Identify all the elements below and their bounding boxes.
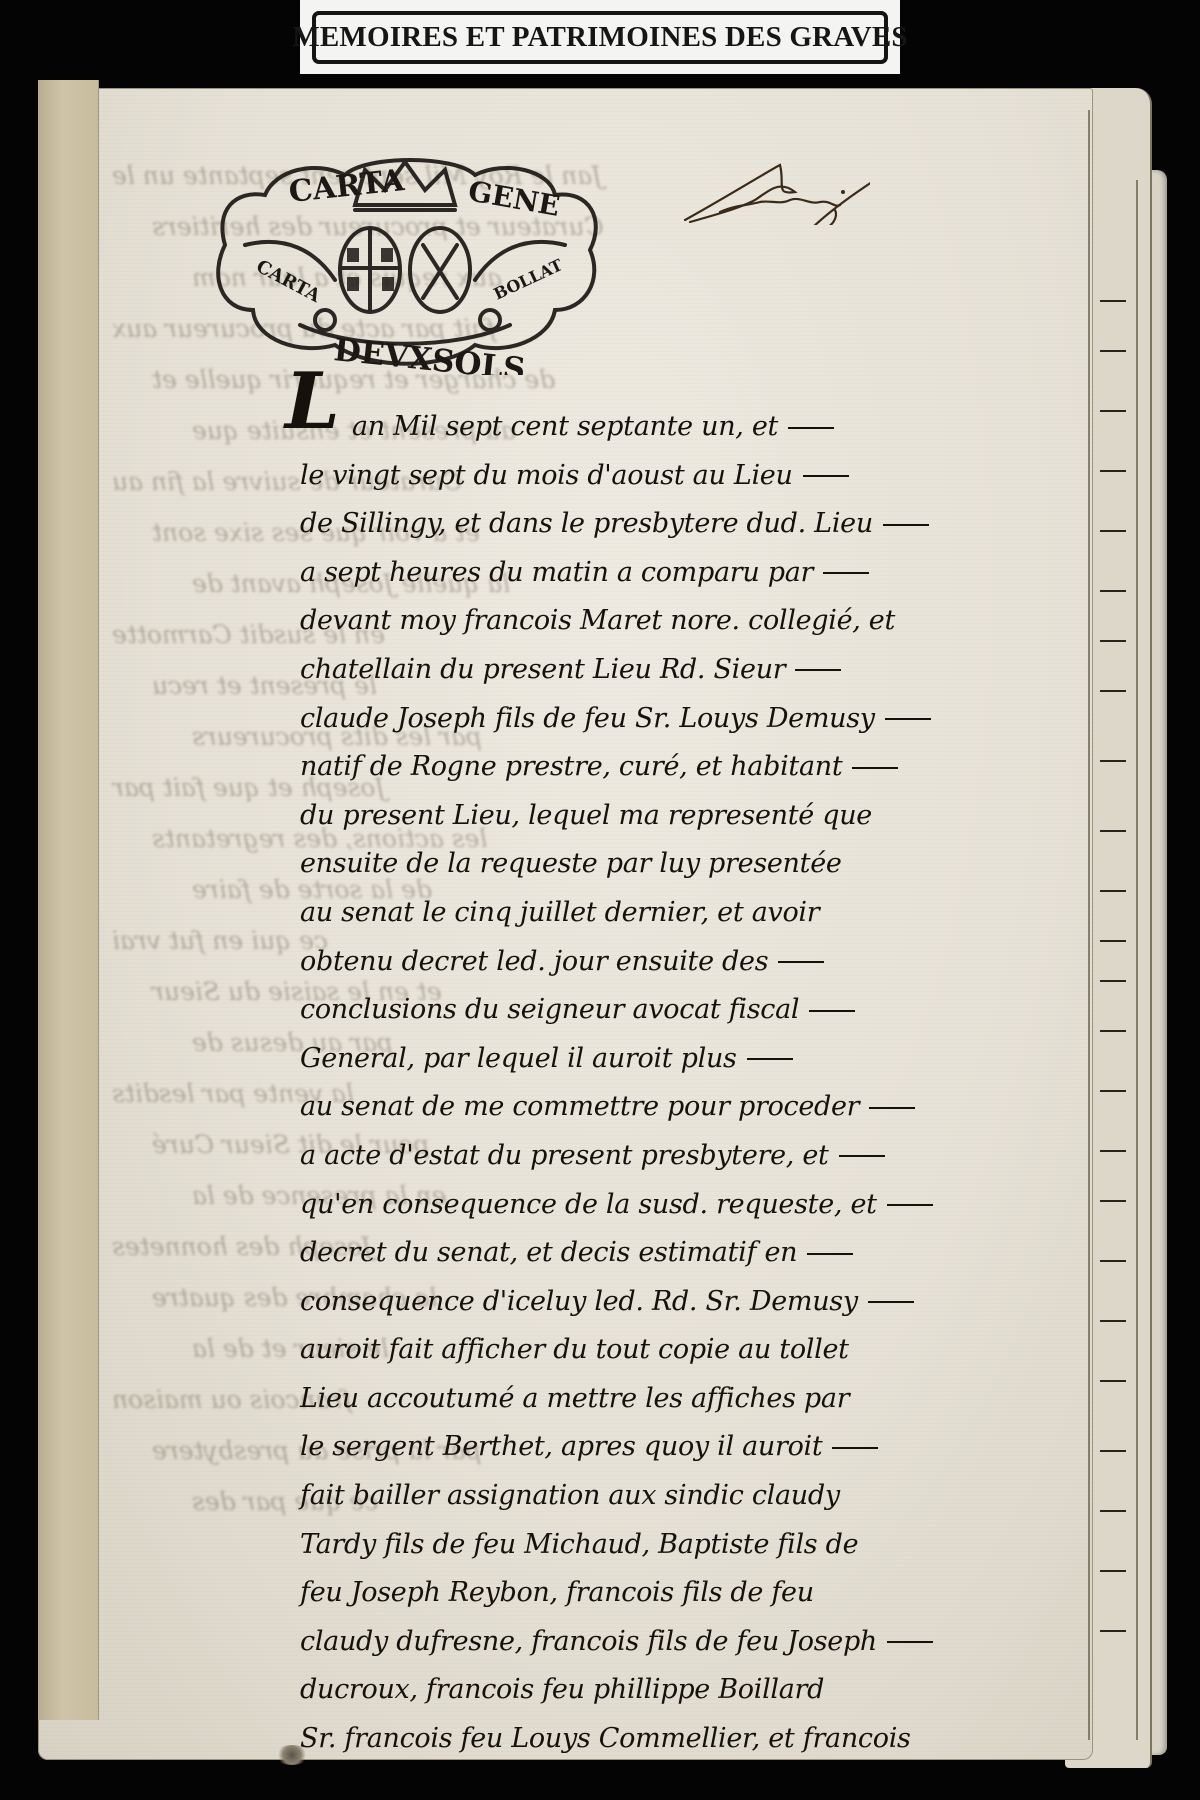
line-filler-dash <box>839 1155 885 1157</box>
manuscript-line-text: obtenu decret led. jour ensuite des <box>300 946 768 977</box>
manuscript-line-text: qu'en consequence de la susd. requeste, … <box>300 1189 877 1220</box>
manuscript-line: consequence d'iceluy led. Rd. Sr. Demusy <box>300 1278 1060 1327</box>
margin-tick <box>1100 1150 1126 1152</box>
margin-tick <box>1100 530 1126 532</box>
manuscript-line-text: conclusions du seigneur avocat fiscal <box>300 994 799 1025</box>
manuscript-line-text: consequence d'iceluy led. Rd. Sr. Demusy <box>300 1286 858 1317</box>
manuscript-line-text: auroit fait afficher du tout copie au to… <box>300 1334 849 1365</box>
manuscript-line: natif de Rogne prestre, curé, et habitan… <box>300 743 1060 792</box>
manuscript-text: Lan Mil sept cent septante un, etle ving… <box>300 403 1060 1764</box>
manuscript-line-text: ducroux, francois feu phillippe Boillard <box>300 1674 824 1705</box>
margin-tick <box>1100 1380 1126 1382</box>
manuscript-line-text: claude Joseph fils de feu Sr. Louys Demu… <box>300 703 875 734</box>
manuscript-line: au senat de me commettre pour proceder <box>300 1083 1060 1132</box>
line-filler-dash <box>823 572 869 574</box>
manuscript-line: chatellain du present Lieu Rd. Sieur <box>300 646 1060 695</box>
line-filler-dash <box>807 1253 853 1255</box>
manuscript-line-text: a acte d'estat du present presbytere, et <box>300 1140 829 1171</box>
manuscript-line: fait bailler assignation aux sindic clau… <box>300 1472 1060 1521</box>
manuscript-line: a acte d'estat du present presbytere, et <box>300 1132 1060 1181</box>
manuscript-line-text: au senat de me commettre pour proceder <box>300 1091 859 1122</box>
manuscript-line-text: an Mil sept cent septante un, et <box>352 411 778 442</box>
manuscript-line: le vingt sept du mois d'aoust au Lieu <box>300 452 1060 501</box>
manuscript-line-text: ensuite de la requeste par luy presentée <box>300 848 842 879</box>
drop-cap: L <box>285 363 340 441</box>
line-filler-dash <box>803 475 849 477</box>
manuscript-line: Sr. francois feu Louys Commellier, et fr… <box>300 1715 1060 1764</box>
manuscript-line-text: General, par lequel il auroit plus <box>300 1043 737 1074</box>
margin-tick <box>1100 1320 1126 1322</box>
line-filler-dash <box>788 427 834 429</box>
manuscript-line: le sergent Berthet, apres quoy il auroit <box>300 1423 1060 1472</box>
manuscript-line-text: a sept heures du matin a comparu par <box>300 557 813 588</box>
line-filler-dash <box>747 1058 793 1060</box>
manuscript-line: ensuite de la requeste par luy presentée <box>300 840 1060 889</box>
manuscript-line: conclusions du seigneur avocat fiscal <box>300 986 1060 1035</box>
margin-tick <box>1100 940 1126 942</box>
line-filler-dash <box>883 524 929 526</box>
line-filler-dash <box>778 961 824 963</box>
manuscript-line: Lan Mil sept cent septante un, et <box>300 403 1060 452</box>
margin-tick <box>1100 890 1126 892</box>
margin-tick <box>1100 1260 1126 1262</box>
signature-icon <box>660 150 870 225</box>
line-filler-dash <box>795 669 841 671</box>
manuscript-line-text: natif de Rogne prestre, curé, et habitan… <box>300 751 842 782</box>
manuscript-line-text: le vingt sept du mois d'aoust au Lieu <box>300 460 793 491</box>
manuscript-line-text: de Sillingy, et dans le presbytere dud. … <box>300 508 873 539</box>
margin-tick <box>1100 350 1126 352</box>
archive-label-text: MEMOIRES ET PATRIMOINES DES GRAVES <box>292 21 907 54</box>
manuscript-line: auroit fait afficher du tout copie au to… <box>300 1326 1060 1375</box>
line-filler-dash <box>809 1010 855 1012</box>
margin-tick <box>1100 410 1126 412</box>
margin-tick <box>1100 300 1126 302</box>
margin-tick <box>1100 590 1126 592</box>
manuscript-line-text: Tardy fils de feu Michaud, Baptiste fils… <box>300 1529 858 1560</box>
manuscript-line: claudy dufresne, francois fils de feu Jo… <box>300 1618 1060 1667</box>
margin-tick <box>1100 690 1126 692</box>
margin-tick <box>1100 980 1126 982</box>
manuscript-line: de Sillingy, et dans le presbytere dud. … <box>300 500 1060 549</box>
margin-tick <box>1100 640 1126 642</box>
manuscript-line: decret du senat, et decis estimatif en <box>300 1229 1060 1278</box>
page-edge-line <box>1088 110 1090 1740</box>
margin-tick <box>1100 1630 1126 1632</box>
line-filler-dash <box>832 1447 878 1449</box>
manuscript-line: Tardy fils de feu Michaud, Baptiste fils… <box>300 1521 1060 1570</box>
svg-text:DEVXSOLS: DEVXSOLS <box>332 332 527 375</box>
manuscript-line-text: devant moy francois Maret nore. collegié… <box>300 605 895 636</box>
margin-tick <box>1100 1200 1126 1202</box>
manuscript-line: ducroux, francois feu phillippe Boillard <box>300 1666 1060 1715</box>
tax-stamp-icon: CARTA GENE CARTA BOLLAT DEVXSOLS <box>205 150 605 375</box>
svg-text:CARTA: CARTA <box>253 256 325 308</box>
binding-strip <box>38 80 99 1720</box>
manuscript-line-text: chatellain du present Lieu Rd. Sieur <box>300 654 785 685</box>
manuscript-line-text: au senat le cinq juillet dernier, et avo… <box>300 897 819 928</box>
margin-tick <box>1100 470 1126 472</box>
tax-stamp: CARTA GENE CARTA BOLLAT DEVXSOLS <box>205 150 605 375</box>
margin-tick <box>1100 1570 1126 1572</box>
manuscript-line-text: Lieu accoutumé a mettre les affiches par <box>300 1383 849 1414</box>
manuscript-line: a sept heures du matin a comparu par <box>300 549 1060 598</box>
manuscript-line-text: fait bailler assignation aux sindic clau… <box>300 1480 840 1511</box>
manuscript-line: obtenu decret led. jour ensuite des <box>300 938 1060 987</box>
svg-text:BOLLAT: BOLLAT <box>491 255 566 303</box>
manuscript-line: claude Joseph fils de feu Sr. Louys Demu… <box>300 695 1060 744</box>
line-filler-dash <box>852 767 898 769</box>
line-filler-dash <box>885 718 931 720</box>
manuscript-line: du present Lieu, lequel ma representé qu… <box>300 792 1060 841</box>
manuscript-line: General, par lequel il auroit plus <box>300 1035 1060 1084</box>
margin-tick <box>1100 1090 1126 1092</box>
manuscript-line-text: Sr. francois feu Louys Commellier, et fr… <box>300 1723 911 1754</box>
margin-tick <box>1100 1510 1126 1512</box>
line-filler-dash <box>887 1204 933 1206</box>
line-filler-dash <box>868 1301 914 1303</box>
margin-tick <box>1100 1450 1126 1452</box>
manuscript-line: devant moy francois Maret nore. collegié… <box>300 597 1060 646</box>
manuscript-line: feu Joseph Reybon, francois fils de feu <box>300 1569 1060 1618</box>
margin-tick <box>1100 1030 1126 1032</box>
line-filler-dash <box>869 1107 915 1109</box>
archive-label-plate: MEMOIRES ET PATRIMOINES DES GRAVES <box>300 0 900 74</box>
manuscript-line-text: feu Joseph Reybon, francois fils de feu <box>300 1577 814 1608</box>
manuscript-line-text: du present Lieu, lequel ma representé qu… <box>300 800 872 831</box>
line-filler-dash <box>887 1641 933 1643</box>
manuscript-line: au senat le cinq juillet dernier, et avo… <box>300 889 1060 938</box>
margin-tick <box>1100 760 1126 762</box>
page-edge-line <box>1136 180 1138 1740</box>
manuscript-line: qu'en consequence de la susd. requeste, … <box>300 1181 1060 1230</box>
manuscript-line-text: decret du senat, et decis estimatif en <box>300 1237 797 1268</box>
manuscript-line: Lieu accoutumé a mettre les affiches par <box>300 1375 1060 1424</box>
signature <box>660 150 870 225</box>
manuscript-line-text: claudy dufresne, francois fils de feu Jo… <box>300 1626 877 1657</box>
manuscript-line-text: le sergent Berthet, apres quoy il auroit <box>300 1431 822 1462</box>
margin-tick <box>1100 830 1126 832</box>
stain-spot <box>275 1745 309 1765</box>
archive-label-frame: MEMOIRES ET PATRIMOINES DES GRAVES <box>312 11 888 64</box>
